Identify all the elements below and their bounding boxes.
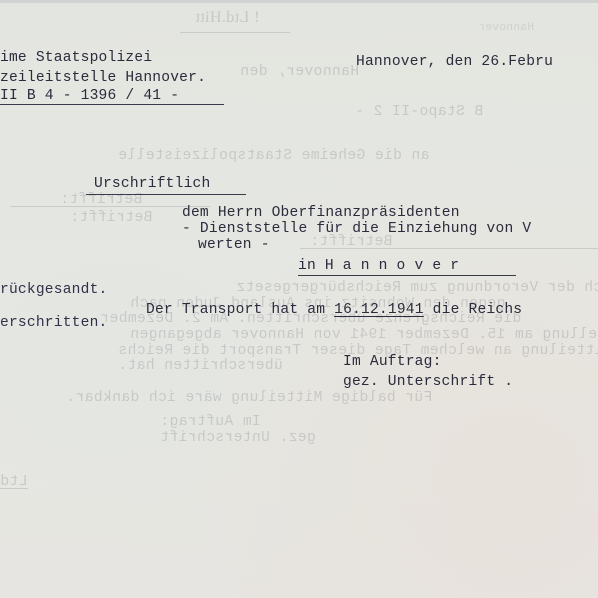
bleed-through-text: B Stapo-II 2 - — [355, 104, 483, 120]
bleed-through-text: stellung am 15. Dezember 1941 von Hannov… — [130, 327, 598, 343]
recipient-city: in H a n n o v e r — [298, 258, 459, 274]
signature-text: gez. Unterschrift . — [343, 374, 513, 390]
returned-text: rückgesandt. — [0, 282, 108, 298]
bleed-through-text: Für baldige Mitteilung wäre ich dankbar. — [66, 390, 432, 406]
sender-line-2: zeileitstelle Hannover. — [0, 70, 206, 86]
transport-prefix: Der Transport hat am — [146, 302, 334, 318]
bleed-through-text: an die Geheime Staatspolizeistelle — [118, 148, 429, 164]
recipient-line-3: werten - — [198, 237, 270, 253]
crossed-text: erschritten. — [0, 315, 108, 331]
transport-sentence: Der Transport hat am 16.12.1941 die Reic… — [146, 302, 522, 318]
heading-urschriftlich: Urschriftlich — [94, 176, 210, 192]
scan-edge — [0, 0, 598, 3]
sender-line-1: ime Staatspolizei — [0, 50, 152, 66]
bleed-through-rule — [0, 488, 28, 489]
place-date: Hannover, den 26.Febru — [356, 54, 553, 70]
recipient-line-2: - Dienststelle für die Einziehung von V — [182, 221, 531, 237]
bleed-through-rule — [300, 248, 598, 249]
bleed-through-heading: ! Ltd.Hitt — [195, 10, 259, 26]
bleed-through-rule — [10, 206, 210, 207]
document-page: ! Ltd.Hitt Hannover Hannover, den B Stap… — [0, 0, 598, 598]
recipient-line-1: dem Herrn Oberfinanzpräsidenten — [182, 205, 460, 221]
bleed-through-text: Hannover — [478, 20, 534, 36]
bleed-through-text: Hannover, den — [240, 64, 359, 80]
bleed-through-text: gez. Unterschrift — [160, 430, 316, 446]
bleed-through-text: überschritten hat. — [118, 358, 283, 374]
transport-suffix: die Reichs — [424, 302, 523, 318]
bleed-through-text: Betrifft: — [70, 210, 152, 226]
reference-number: II B 4 - 1396 / 41 - — [0, 88, 179, 104]
reference-underline — [0, 104, 224, 105]
recipient-city-underline — [298, 275, 516, 276]
bleed-through-text: nach der Verordnung zum Reichsbürgergese… — [236, 280, 598, 296]
bleed-through-rule — [180, 32, 290, 33]
heading-underline — [86, 194, 246, 195]
bleed-through-text: Im Auftrag: — [160, 414, 261, 430]
on-behalf-label: Im Auftrag: — [343, 354, 442, 370]
transport-date: 16.12.1941 — [334, 302, 424, 318]
